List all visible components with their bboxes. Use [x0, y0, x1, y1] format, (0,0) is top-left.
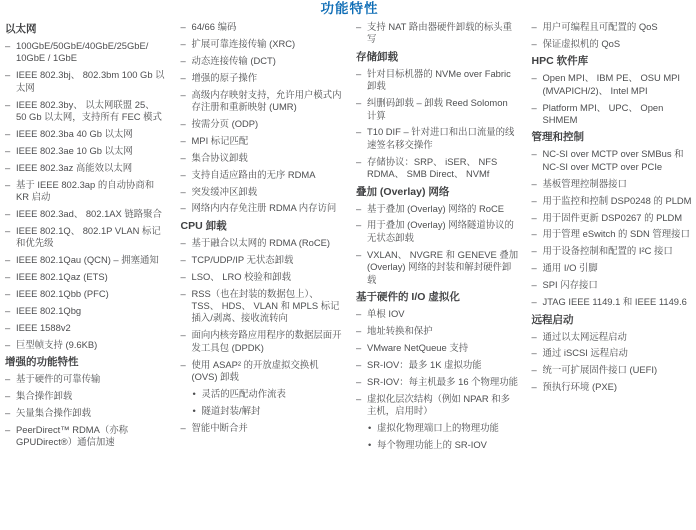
bullet-dash: – [5, 390, 10, 402]
bullet-dash: – [356, 342, 361, 354]
bullet-dash: – [5, 339, 10, 351]
feature-item: –IEEE 1588v2 [5, 322, 168, 334]
feature-item: –64/66 编码 [181, 21, 344, 33]
bullet-dash: – [532, 296, 537, 308]
feature-item: –SPI 闪存接口 [532, 279, 695, 291]
bullet-dash: – [356, 249, 361, 261]
bullet-dot: • [193, 388, 196, 400]
section-header: 管理和控制 [532, 131, 695, 144]
feature-item: –SR-IOV：最多 1K 虚拟功能 [356, 359, 519, 371]
bullet-dash: – [532, 347, 537, 359]
bullet-dash: – [532, 364, 537, 376]
feature-item: –100GbE/50GbE/40GbE/25GbE/ 10GbE / 1GbE [5, 40, 168, 65]
feature-subitem: •灵活的匹配动作流表 [193, 388, 344, 400]
feature-text: 基于融合以太网的 RDMA (RoCE) [192, 237, 331, 248]
bullet-dash: – [356, 68, 361, 80]
bullet-dot: • [368, 439, 371, 451]
bullet-dash: – [532, 38, 537, 50]
feature-text: IEEE 802.1Qbg [16, 305, 81, 316]
feature-text: IEEE 802.1Q、 802.1P VLAN 标记和优先级 [16, 225, 161, 248]
feature-item: –基于融合以太网的 RDMA (RoCE) [181, 237, 344, 249]
feature-item: –巨型帧支持 (9.6KB) [5, 339, 168, 351]
feature-text: 用于固件更新 DSP0267 的 PLDM [543, 212, 683, 223]
feature-item: –通过以太网远程启动 [532, 331, 695, 343]
feature-subitem: •每个物理功能上的 SR-IOV [368, 439, 519, 451]
section-header: 存储卸载 [356, 51, 519, 64]
bullet-dash: – [356, 21, 361, 33]
bullet-dash: – [181, 202, 186, 214]
section-header: CPU 卸载 [181, 220, 344, 233]
feature-item: –集合协议卸载 [181, 152, 344, 164]
feature-column: 以太网–100GbE/50GbE/40GbE/25GbE/ 10GbE / 1G… [5, 21, 168, 453]
feature-item: –虚拟化层次结构（例如 NPAR 和多主机，启用时） [356, 393, 519, 418]
feature-item: –IEEE 802.3ad、 802.1AX 链路聚合 [5, 208, 168, 220]
feature-item: –VXLAN、 NVGRE 和 GENEVE 叠加 (Overlay) 网络的封… [356, 249, 519, 286]
feature-text: IEEE 802.1Qbb (PFC) [16, 288, 109, 299]
feature-item: –通用 I/O 引脚 [532, 262, 695, 274]
feature-text: IEEE 802.3ad、 802.1AX 链路聚合 [16, 208, 162, 219]
feature-text: 通过以太网远程启动 [543, 331, 627, 342]
feature-item: –T10 DIF – 针对进口和出口流量的线速签名移交操作 [356, 126, 519, 151]
feature-text: 支持自适应路由的无序 RDMA [192, 169, 316, 180]
feature-item: –支持自适应路由的无序 RDMA [181, 169, 344, 181]
feature-text: 隧道封装/解封 [202, 405, 261, 416]
feature-item: –用于固件更新 DSP0267 的 PLDM [532, 212, 695, 224]
bullet-dash: – [5, 208, 10, 220]
feature-text: 用于设备控制和配置的 I²C 接口 [543, 245, 673, 256]
feature-item: –IEEE 802.3by、 以太网联盟 25、 50 Gb 以太网，支持所有 … [5, 99, 168, 124]
feature-item: –通过 iSCSI 远程启动 [532, 347, 695, 359]
bullet-dash: – [5, 128, 10, 140]
bullet-dash: – [5, 373, 10, 385]
feature-text: 用于监控和控制 DSP0248 的 PLDM [543, 195, 692, 206]
feature-item: –基于 IEEE 802.3ap 的自动协商和 KR 启动 [5, 179, 168, 204]
feature-item: –针对目标机器的 NVMe over Fabric 卸载 [356, 68, 519, 93]
feature-subitem: •虚拟化物理端口上的物理功能 [368, 422, 519, 434]
bullet-dash: – [181, 288, 186, 300]
bullet-dash: – [5, 305, 10, 317]
feature-text: VMware NetQueue 支持 [367, 342, 468, 353]
bullet-dash: – [532, 148, 537, 160]
bullet-dash: – [181, 422, 186, 434]
feature-item: –IEEE 802.1Qau (QCN) – 拥塞通知 [5, 254, 168, 266]
feature-text: MPI 标记匹配 [192, 135, 249, 146]
bullet-dash: – [356, 97, 361, 109]
bullet-dash: – [181, 118, 186, 130]
feature-text: VXLAN、 NVGRE 和 GENEVE 叠加 (Overlay) 网络的封装… [367, 249, 518, 285]
feature-item: –用户可编程且可配置的 QoS [532, 21, 695, 33]
bullet-dash: – [181, 329, 186, 341]
feature-item: –VMware NetQueue 支持 [356, 342, 519, 354]
feature-text: IEEE 802.1Qaz (ETS) [16, 271, 108, 282]
feature-text: PeerDirect™ RDMA（亦称 GPUDirect®）通信加速 [16, 424, 128, 447]
bullet-dash: – [5, 40, 10, 52]
bullet-dash: – [181, 271, 186, 283]
feature-item: –基于硬件的可靠传输 [5, 373, 168, 385]
bullet-dash: – [5, 424, 10, 436]
feature-text: Open MPI、 IBM PE、 OSU MPI (MVAPICH/2)、 I… [543, 72, 681, 95]
page-title: 功能特性 [5, 1, 694, 17]
feature-text: 保证虚拟机的 QoS [543, 38, 621, 49]
bullet-dash: – [356, 156, 361, 168]
section-header: 以太网 [5, 23, 168, 36]
feature-text: 使用 ASAP² 的开放虚拟交换机 (OVS) 卸载 [192, 359, 319, 382]
feature-text: 64/66 编码 [192, 21, 237, 32]
bullet-dash: – [181, 237, 186, 249]
feature-item: –RSS（也在封装的数据包上）、 TSS、 HDS、 VLAN 和 MPLS 标… [181, 288, 344, 325]
feature-column: –支持 NAT 路由器硬件卸载的标头重写存储卸载–针对目标机器的 NVMe ov… [356, 21, 519, 456]
bullet-dot: • [193, 405, 196, 417]
section-header: 叠加 (Overlay) 网络 [356, 186, 519, 199]
feature-item: –存储协议：SRP、 iSER、 NFS RDMA、 SMB Direct、 N… [356, 156, 519, 181]
feature-item: –用于监控和控制 DSP0248 的 PLDM [532, 195, 695, 207]
bullet-dash: – [532, 262, 537, 274]
feature-item: –用于叠加 (Overlay) 网络隧道协议的无状态卸载 [356, 219, 519, 244]
feature-text: 灵活的匹配动作流表 [202, 388, 286, 399]
feature-item: –基于叠加 (Overlay) 网络的 RoCE [356, 203, 519, 215]
bullet-dash: – [532, 21, 537, 33]
feature-text: IEEE 802.3ba 40 Gb 以太网 [16, 128, 133, 139]
feature-text: 通过 iSCSI 远程启动 [543, 347, 628, 358]
feature-text: 纠删码卸载 – 卸载 Reed Solomon 计算 [367, 97, 508, 120]
feature-text: 基于硬件的可靠传输 [16, 373, 100, 384]
feature-item: –扩展可靠连接传输 (XRC) [181, 38, 344, 50]
bullet-dash: – [532, 245, 537, 257]
feature-item: –预执行环境 (PXE) [532, 381, 695, 393]
feature-text: 用于管理 eSwitch 的 SDN 管理接口 [543, 228, 690, 239]
feature-text: 100GbE/50GbE/40GbE/25GbE/ 10GbE / 1GbE [16, 40, 148, 63]
feature-text: 存储协议：SRP、 iSER、 NFS RDMA、 SMB Direct、 NV… [367, 156, 497, 179]
features-page: 功能特性 以太网–100GbE/50GbE/40GbE/25GbE/ 10GbE… [0, 0, 696, 530]
bullet-dash: – [181, 152, 186, 164]
feature-text: 基于 IEEE 802.3ap 的自动协商和 KR 启动 [16, 179, 154, 202]
bullet-dash: – [5, 288, 10, 300]
feature-text: 预执行环境 (PXE) [543, 381, 617, 392]
bullet-dash: – [532, 381, 537, 393]
section-header: 基于硬件的 I/O 虚拟化 [356, 291, 519, 304]
bullet-dash: – [181, 89, 186, 101]
bullet-dash: – [532, 212, 537, 224]
feature-item: –单根 IOV [356, 308, 519, 320]
feature-text: 巨型帧支持 (9.6KB) [16, 339, 97, 350]
feature-text: RSS（也在封装的数据包上）、 TSS、 HDS、 VLAN 和 MPLS 标记… [192, 288, 340, 324]
feature-text: NC-SI over MCTP over SMBus 和 NC-SI over … [543, 148, 684, 171]
feature-item: –网络内内存免注册 RDMA 内存访问 [181, 202, 344, 214]
feature-text: 基板管理控制器接口 [543, 178, 627, 189]
feature-text: IEEE 802.3az 高能效以太网 [16, 162, 132, 173]
feature-item: –LSO、 LRO 校验和卸载 [181, 271, 344, 283]
feature-text: 集合操作卸载 [16, 390, 72, 401]
feature-text: TCP/UDP/IP 无状态卸载 [192, 254, 294, 265]
bullet-dash: – [181, 55, 186, 67]
bullet-dash: – [356, 376, 361, 388]
feature-item: –IEEE 802.3ae 10 Gb 以太网 [5, 145, 168, 157]
feature-text: 按需分页 (ODP) [192, 118, 259, 129]
feature-item: –SR-IOV：每主机最多 16 个物理功能 [356, 376, 519, 388]
bullet-dash: – [181, 21, 186, 33]
feature-item: –突发缓冲区卸载 [181, 186, 344, 198]
feature-text: 通用 I/O 引脚 [543, 262, 598, 273]
bullet-dash: – [532, 195, 537, 207]
feature-text: 支持 NAT 路由器硬件卸载的标头重写 [367, 21, 512, 44]
feature-text: 地址转换和保护 [367, 325, 433, 336]
bullet-dash: – [5, 179, 10, 191]
feature-item: –使用 ASAP² 的开放虚拟交换机 (OVS) 卸载 [181, 359, 344, 384]
feature-text: IEEE 802.3bj、 802.3bm 100 Gb 以太网 [16, 69, 165, 92]
bullet-dash: – [356, 308, 361, 320]
feature-text: IEEE 802.1Qau (QCN) – 拥塞通知 [16, 254, 159, 265]
bullet-dash: – [5, 254, 10, 266]
feature-item: –增强的原子操作 [181, 72, 344, 84]
bullet-dash: – [356, 325, 361, 337]
section-header: 增强的功能特性 [5, 356, 168, 369]
bullet-dash: – [181, 254, 186, 266]
feature-text: 每个物理功能上的 SR-IOV [377, 439, 487, 450]
feature-text: T10 DIF – 针对进口和出口流量的线速签名移交操作 [367, 126, 514, 149]
bullet-dash: – [5, 225, 10, 237]
feature-text: 集合协议卸载 [192, 152, 248, 163]
bullet-dash: – [5, 99, 10, 111]
feature-item: –用于设备控制和配置的 I²C 接口 [532, 245, 695, 257]
section-header: 远程启动 [532, 314, 695, 327]
feature-item: –Platform MPI、 UPC、 Open SHMEM [532, 102, 695, 127]
feature-columns: 以太网–100GbE/50GbE/40GbE/25GbE/ 10GbE / 1G… [5, 21, 694, 456]
feature-column: –64/66 编码–扩展可靠连接传输 (XRC)–动态连接传输 (DCT)–增强… [181, 21, 344, 439]
feature-text: 针对目标机器的 NVMe over Fabric 卸载 [367, 68, 511, 91]
bullet-dash: – [532, 279, 537, 291]
feature-text: 虚拟化层次结构（例如 NPAR 和多主机，启用时） [367, 393, 510, 416]
feature-item: –动态连接传输 (DCT) [181, 55, 344, 67]
feature-text: IEEE 802.3by、 以太网联盟 25、 50 Gb 以太网，支持所有 F… [16, 99, 162, 122]
feature-text: 统一可扩展固件接口 (UEFI) [543, 364, 658, 375]
feature-item: –IEEE 802.3ba 40 Gb 以太网 [5, 128, 168, 140]
bullet-dash: – [181, 72, 186, 84]
feature-text: 虚拟化物理端口上的物理功能 [377, 422, 499, 433]
section-header: HPC 软件库 [532, 55, 695, 68]
bullet-dash: – [181, 359, 186, 371]
bullet-dot: • [368, 422, 371, 434]
feature-item: –NC-SI over MCTP over SMBus 和 NC-SI over… [532, 148, 695, 173]
feature-item: –地址转换和保护 [356, 325, 519, 337]
feature-item: –保证虚拟机的 QoS [532, 38, 695, 50]
feature-text: 智能中断合并 [192, 422, 248, 433]
feature-item: –TCP/UDP/IP 无状态卸载 [181, 254, 344, 266]
bullet-dash: – [181, 38, 186, 50]
bullet-dash: – [5, 407, 10, 419]
feature-text: 用户可编程且可配置的 QoS [543, 21, 658, 32]
feature-text: 高级内存映射支持，允许用户模式内存注册和重新映射 (UMR) [192, 89, 342, 112]
feature-item: –IEEE 802.3az 高能效以太网 [5, 162, 168, 174]
feature-item: –面向内核旁路应用程序的数据层面开发工具包 (DPDK) [181, 329, 344, 354]
feature-item: –统一可扩展固件接口 (UEFI) [532, 364, 695, 376]
feature-text: 增强的原子操作 [192, 72, 258, 83]
feature-text: SR-IOV：最多 1K 虚拟功能 [367, 359, 482, 370]
feature-item: –IEEE 802.1Qaz (ETS) [5, 271, 168, 283]
bullet-dash: – [181, 169, 186, 181]
feature-item: –PeerDirect™ RDMA（亦称 GPUDirect®）通信加速 [5, 424, 168, 449]
bullet-dash: – [5, 322, 10, 334]
feature-text: Platform MPI、 UPC、 Open SHMEM [543, 102, 664, 125]
bullet-dash: – [356, 219, 361, 231]
feature-text: 矢量集合操作卸载 [16, 407, 91, 418]
feature-text: 扩展可靠连接传输 (XRC) [192, 38, 296, 49]
feature-text: SR-IOV：每主机最多 16 个物理功能 [367, 376, 518, 387]
bullet-dash: – [5, 69, 10, 81]
feature-item: –IEEE 802.1Q、 802.1P VLAN 标记和优先级 [5, 225, 168, 250]
feature-text: 动态连接传输 (DCT) [192, 55, 276, 66]
feature-text: LSO、 LRO 校验和卸载 [192, 271, 292, 282]
feature-item: –IEEE 802.1Qbg [5, 305, 168, 317]
feature-item: –纠删码卸载 – 卸载 Reed Solomon 计算 [356, 97, 519, 122]
feature-item: –按需分页 (ODP) [181, 118, 344, 130]
bullet-dash: – [356, 359, 361, 371]
feature-item: –Open MPI、 IBM PE、 OSU MPI (MVAPICH/2)、 … [532, 72, 695, 97]
bullet-dash: – [532, 228, 537, 240]
feature-item: –MPI 标记匹配 [181, 135, 344, 147]
feature-text: JTAG IEEE 1149.1 和 IEEE 1149.6 [543, 296, 687, 307]
feature-text: 单根 IOV [367, 308, 405, 319]
feature-item: –JTAG IEEE 1149.1 和 IEEE 1149.6 [532, 296, 695, 308]
bullet-dash: – [5, 145, 10, 157]
feature-column: –用户可编程且可配置的 QoS–保证虚拟机的 QoSHPC 软件库–Open M… [532, 21, 695, 398]
bullet-dash: – [532, 331, 537, 343]
bullet-dash: – [532, 72, 537, 84]
feature-text: 突发缓冲区卸载 [192, 186, 258, 197]
feature-text: 网络内内存免注册 RDMA 内存访问 [192, 202, 337, 213]
feature-item: –高级内存映射支持，允许用户模式内存注册和重新映射 (UMR) [181, 89, 344, 114]
feature-item: –集合操作卸载 [5, 390, 168, 402]
feature-item: –IEEE 802.3bj、 802.3bm 100 Gb 以太网 [5, 69, 168, 94]
feature-item: –智能中断合并 [181, 422, 344, 434]
feature-item: –矢量集合操作卸载 [5, 407, 168, 419]
bullet-dash: – [356, 393, 361, 405]
feature-item: –用于管理 eSwitch 的 SDN 管理接口 [532, 228, 695, 240]
feature-text: 面向内核旁路应用程序的数据层面开发工具包 (DPDK) [192, 329, 342, 352]
feature-subitem: •隧道封装/解封 [193, 405, 344, 417]
bullet-dash: – [356, 203, 361, 215]
bullet-dash: – [5, 162, 10, 174]
bullet-dash: – [5, 271, 10, 283]
feature-item: –支持 NAT 路由器硬件卸载的标头重写 [356, 21, 519, 46]
feature-item: –IEEE 802.1Qbb (PFC) [5, 288, 168, 300]
feature-item: –基板管理控制器接口 [532, 178, 695, 190]
feature-text: SPI 闪存接口 [543, 279, 598, 290]
bullet-dash: – [181, 186, 186, 198]
bullet-dash: – [532, 102, 537, 114]
feature-text: 基于叠加 (Overlay) 网络的 RoCE [367, 203, 504, 214]
bullet-dash: – [181, 135, 186, 147]
bullet-dash: – [532, 178, 537, 190]
bullet-dash: – [356, 126, 361, 138]
feature-text: 用于叠加 (Overlay) 网络隧道协议的无状态卸载 [367, 219, 514, 242]
feature-text: IEEE 802.3ae 10 Gb 以太网 [16, 145, 133, 156]
feature-text: IEEE 1588v2 [16, 322, 71, 333]
